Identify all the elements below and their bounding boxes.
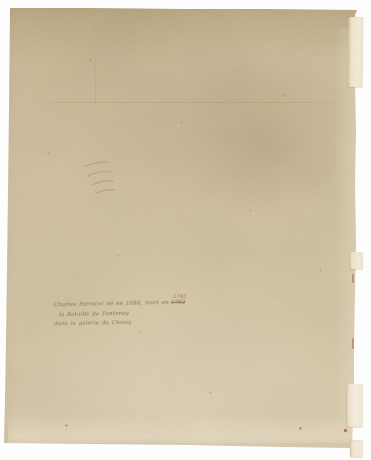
- tape-hinge-middle: [349, 252, 363, 269]
- foxing-specks: [0, 0, 1, 1]
- tape-hinge-corner: [350, 440, 363, 457]
- paper-sheet: Charles Parrocel né en 1688, mort en1752…: [0, 0, 371, 460]
- tape-hinge-top: [348, 17, 364, 87]
- tape-hinge-bottom: [346, 384, 363, 427]
- photo-canvas: Charles Parrocel né en 1688, mort en1752…: [0, 0, 371, 460]
- paper-edge-shading: [0, 0, 371, 460]
